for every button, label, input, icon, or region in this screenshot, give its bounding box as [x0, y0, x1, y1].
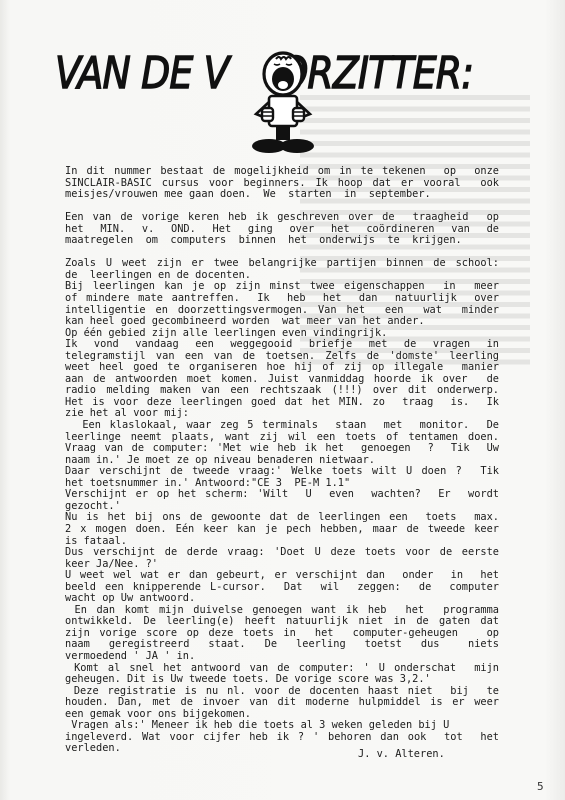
text-line: Een van de vorige keren heb ik geschreve… [65, 212, 499, 224]
document-page: VAN DE VORZITTER: [0, 0, 565, 800]
text-line: houden. Dan, met de invoer van dit moder… [65, 697, 499, 709]
text-line: ingeleverd. Wat voor cijfer heb ik ? ' b… [65, 732, 499, 744]
text-line: Vraag van de computer: 'Met wie heb ik h… [65, 443, 499, 455]
text-line: meisjes/vrouwen mee gaan doen. We starte… [65, 189, 499, 201]
text-line: vermoedend ' JA ' in. [65, 651, 499, 663]
article-body: In dit nummer bestaat de mogelijkheid om… [65, 166, 499, 755]
title-left: VAN DE V [55, 48, 229, 99]
shouting-mascot-icon [238, 50, 328, 158]
text-line: Een klaslokaal, waar zeg 5 terminals sta… [65, 420, 499, 432]
text-line: Dus verschijnt de derde vraag: 'Doet U d… [65, 547, 499, 559]
text-line: geheugen. Dit is Uw tweede toets. De vor… [65, 674, 499, 686]
text-line: In dit nummer bestaat de mogelijkheid om… [65, 166, 499, 178]
text-line: of mindere mate aantreffen. Ik heb het d… [65, 293, 499, 305]
text-line: maatregelen om computers binnen het onde… [65, 235, 499, 247]
signature: J. v. Alteren. [358, 748, 445, 760]
text-line: U weet wel wat er dan gebeurt, er versch… [65, 570, 499, 582]
text-line: Verschijnt er op het scherm: 'Wilt U eve… [65, 489, 499, 501]
text-line: 2 x mogen doen. Eén keer kan je pech heb… [65, 524, 499, 536]
page-header: VAN DE VORZITTER: [55, 48, 525, 158]
text-line: kan heel goed gecombineerd worden wat me… [65, 316, 499, 328]
page-number: 5 [537, 780, 544, 793]
